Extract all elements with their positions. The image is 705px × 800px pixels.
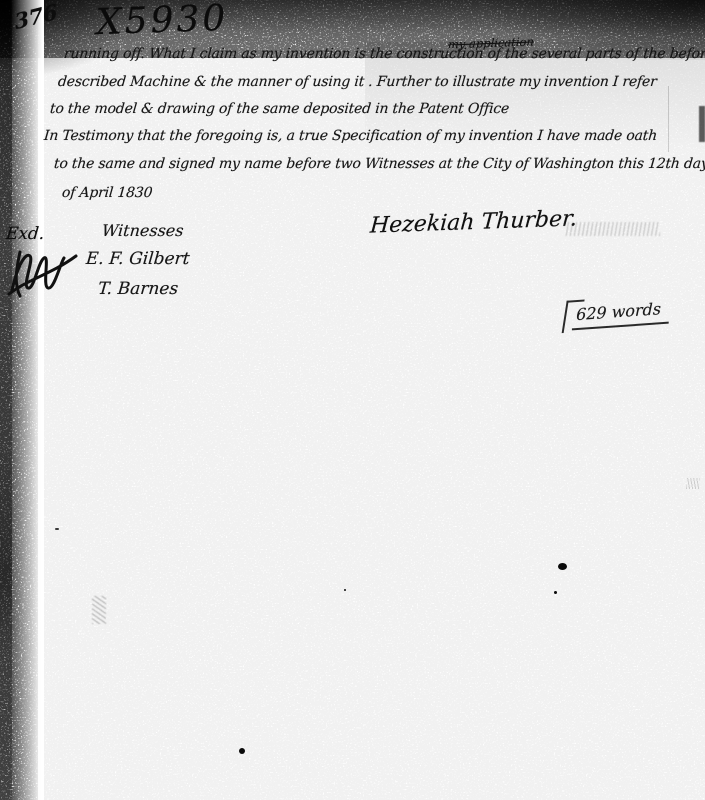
ink-dot: [344, 589, 346, 591]
witness-name-gilbert: E. F. Gilbert: [85, 249, 190, 269]
patent-number: X5930: [95, 0, 229, 43]
faint-edge-mark: [686, 478, 700, 489]
right-edge-ink-dash: [699, 106, 705, 142]
body-line-1: running off. What I claim as my inventio…: [63, 46, 705, 62]
body-line-3: to the model & drawing of the same depos…: [49, 101, 509, 117]
examiner-monogram-flourish: [6, 244, 84, 300]
inventor-signature: Hezekiah Thurber.: [369, 206, 578, 238]
body-line-6: of April 1830: [61, 185, 153, 201]
witness-heading: Witnesses: [101, 221, 184, 240]
signature-smudge-noise: [564, 222, 660, 236]
witness-name-barnes: T. Barnes: [97, 279, 179, 299]
ink-dot: [554, 591, 557, 594]
body-line-5: to the same and signed my name before tw…: [53, 156, 705, 172]
scratch-mark: [92, 596, 106, 624]
word-count-note: 629 words: [572, 299, 669, 331]
body-line-2: described Machine & the manner of using …: [57, 74, 657, 90]
ink-dash: [55, 528, 59, 530]
ink-dot: [239, 748, 245, 754]
examined-margin-note: Exd.: [5, 224, 45, 244]
body-line-4: In Testimony that the foregoing is, a tr…: [43, 128, 657, 144]
scanned-document-page: 376 X5930 my application running off. Wh…: [0, 0, 705, 800]
ink-blot: [558, 563, 567, 570]
faint-vertical-scan-line: [668, 86, 669, 152]
left-edge-fade-overlay: [0, 0, 44, 800]
